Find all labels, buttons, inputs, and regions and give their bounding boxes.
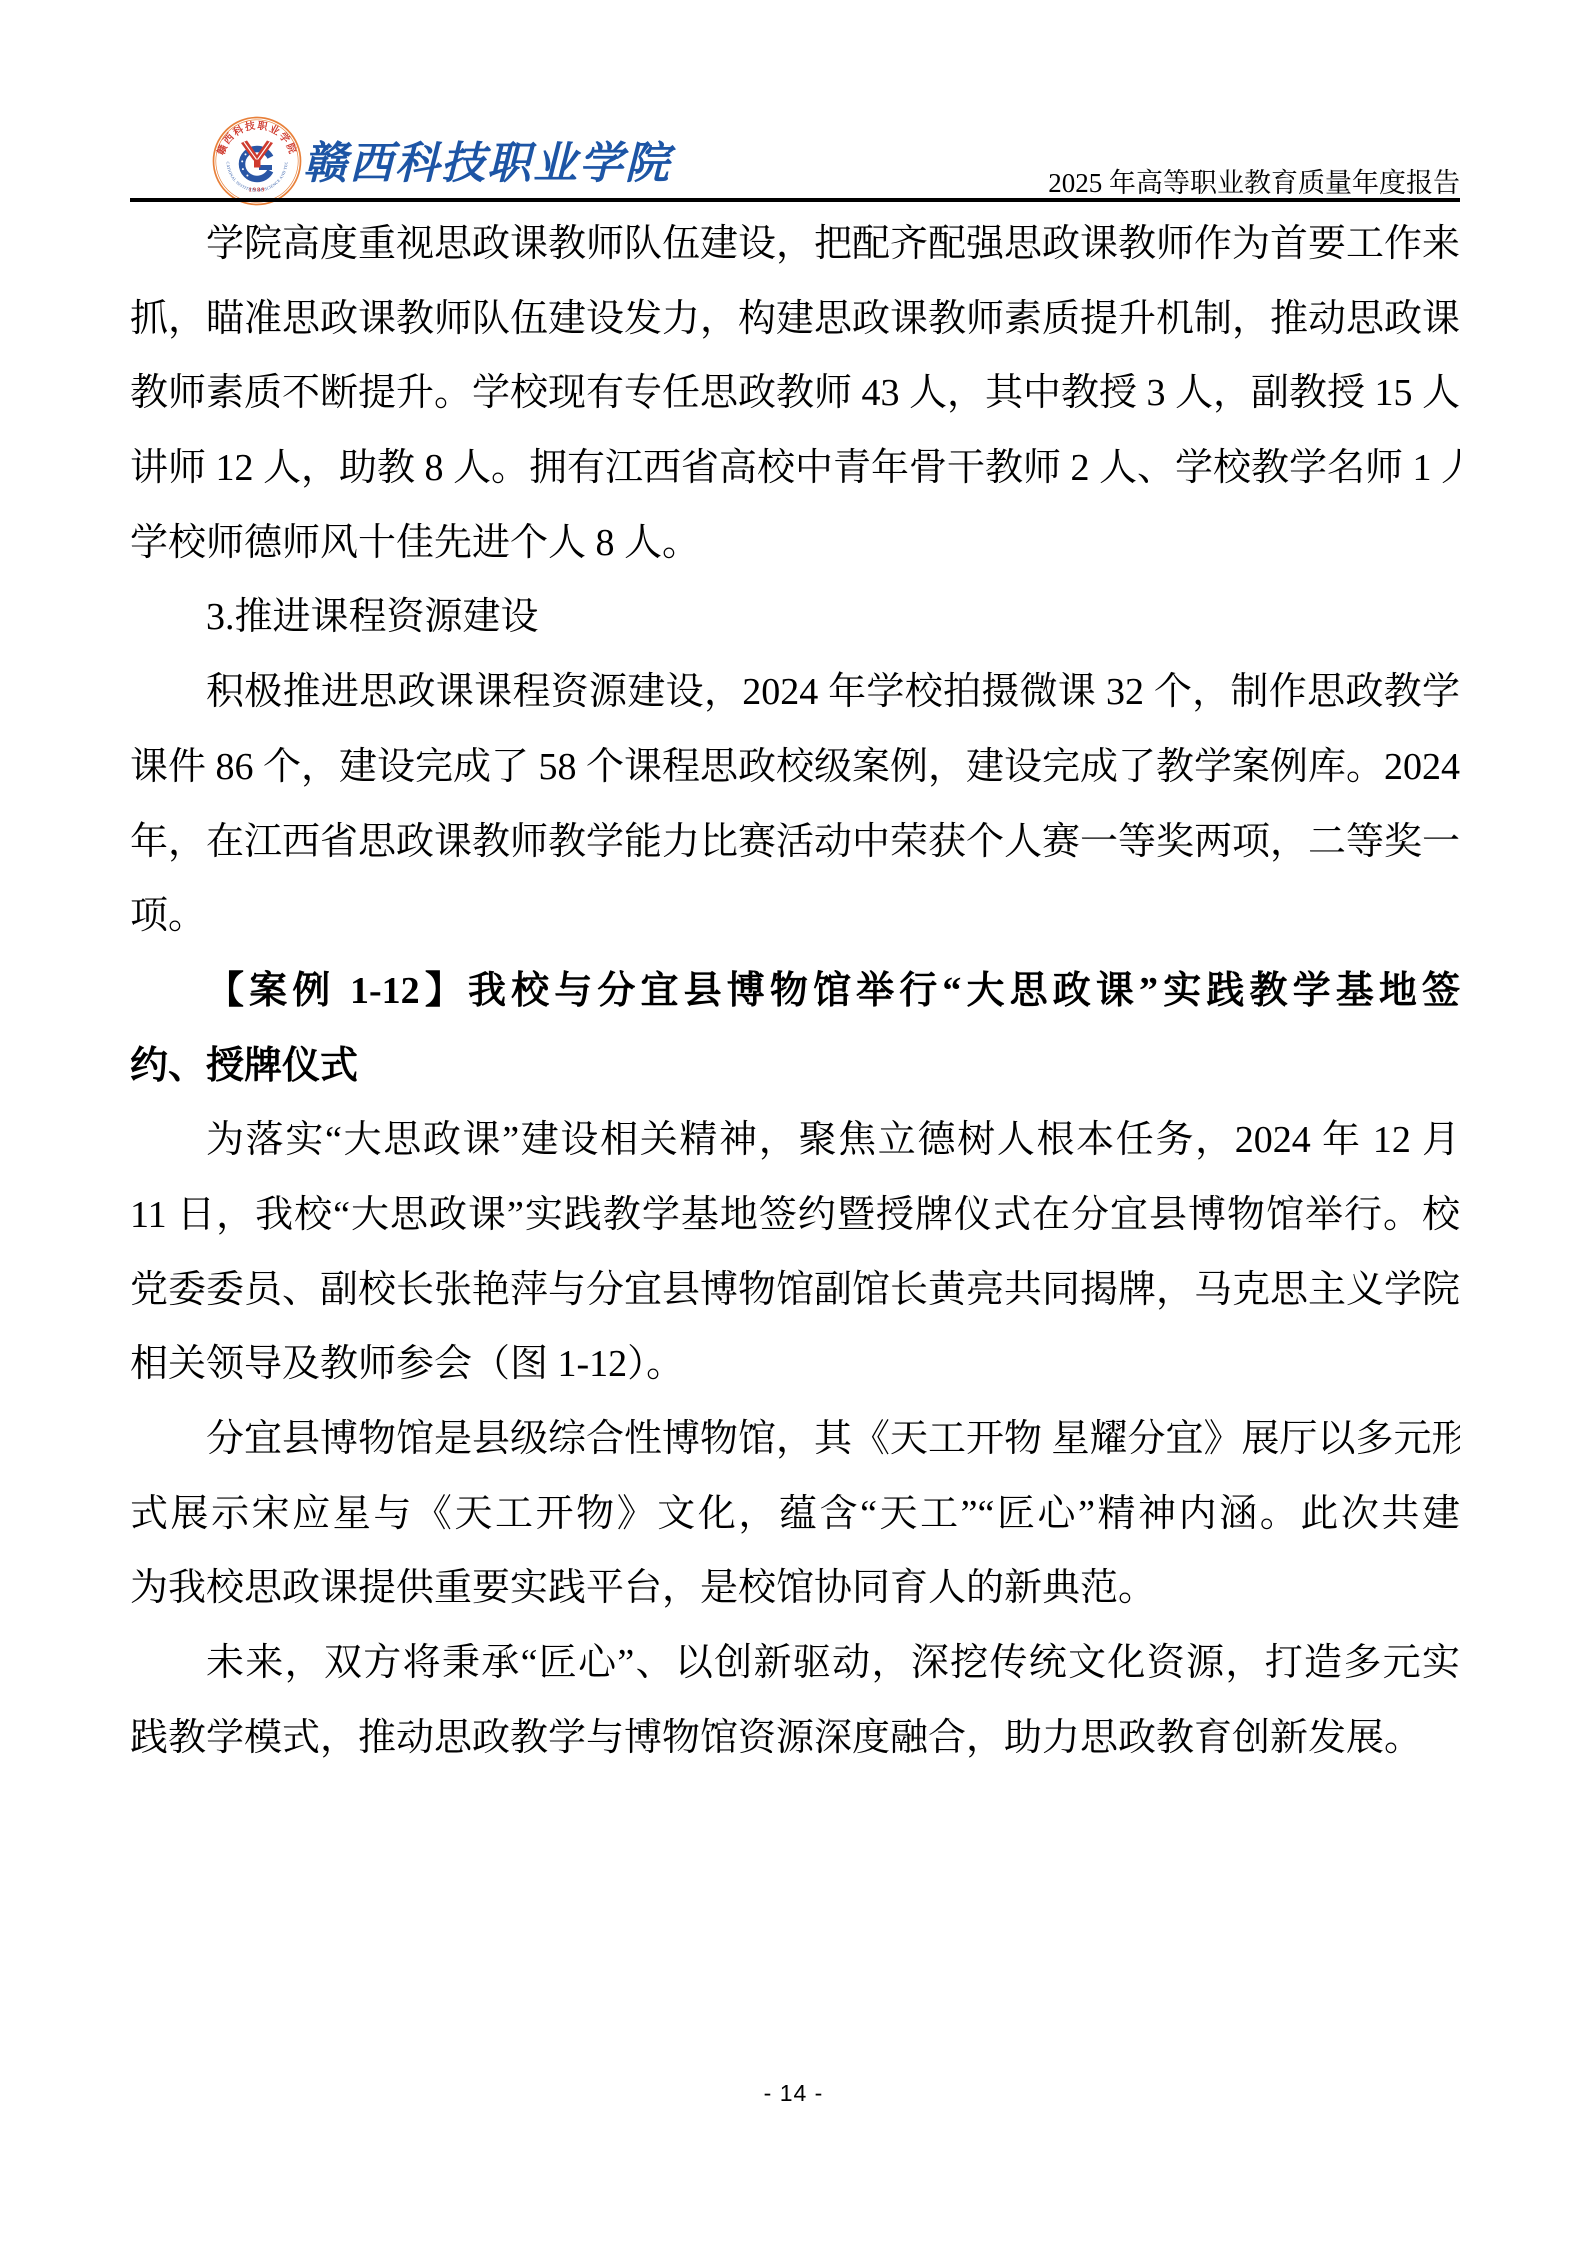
case-heading: 【案例 1-12】我校与分宜县博物馆举行“大思政课”实践教学基地签 约、授牌仪式: [130, 954, 1460, 1103]
text-line: 积极推进思政课课程资源建设，2024 年学校拍摄微课 32 个，制作思政教学: [130, 655, 1460, 730]
section-heading: 3.推进课程资源建设: [130, 580, 1460, 655]
report-title: 2025 年高等职业教育质量年度报告: [1048, 161, 1460, 200]
text-line: 相关领导及教师参会（图 1-12）。: [130, 1327, 1460, 1402]
text-line: 为落实“大思政课”建设相关精神，聚焦立德树人根本任务，2024 年 12 月: [130, 1103, 1460, 1178]
header-divider: [130, 198, 1460, 202]
paragraph: 分宜县博物馆是县级综合性博物馆，其《天工开物 星耀分宜》展厅以多元形 式展示宋应…: [130, 1402, 1460, 1626]
text-line: 为我校思政课提供重要实践平台，是校馆协同育人的新典范。: [130, 1551, 1460, 1626]
paragraph: 学院高度重视思政课教师队伍建设，把配齐配强思政课教师作为首要工作来 抓，瞄准思政…: [130, 207, 1460, 580]
document-body: 学院高度重视思政课教师队伍建设，把配齐配强思政课教师作为首要工作来 抓，瞄准思政…: [130, 207, 1460, 1775]
paragraph: 为落实“大思政课”建设相关精神，聚焦立德树人根本任务，2024 年 12 月 1…: [130, 1103, 1460, 1402]
logo-emblem: [241, 141, 273, 180]
text-line: 分宜县博物馆是县级综合性博物馆，其《天工开物 星耀分宜》展厅以多元形: [130, 1402, 1460, 1477]
school-name: 赣西科技职业学院: [303, 127, 671, 191]
text-line: 课件 86 个，建设完成了 58 个课程思政校级案例，建设完成了教学案例库。20…: [130, 730, 1460, 805]
text-line: 党委委员、副校长张艳萍与分宜县博物馆副馆长黄亮共同揭牌，马克思主义学院: [130, 1253, 1460, 1328]
text-line: 践教学模式，推动思政教学与博物馆资源深度融合，助力思政教育创新发展。: [130, 1701, 1460, 1776]
text-line: 项。: [130, 879, 1460, 954]
text-line: 教师素质不断提升。学校现有专任思政教师 43 人，其中教授 3 人，副教授 15…: [130, 356, 1460, 431]
text-line: 式展示宋应星与《天工开物》文化，蕴含“天工”“匠心”精神内涵。此次共建: [130, 1477, 1460, 1552]
text-line: 学院高度重视思政课教师队伍建设，把配齐配强思政课教师作为首要工作来: [130, 207, 1460, 282]
text-line: 抓，瞄准思政课教师队伍建设发力，构建思政课教师素质提升机制，推动思政课: [130, 282, 1460, 357]
page-number: - 14 -: [0, 2080, 1587, 2107]
paragraph: 未来，双方将秉承“匠心”、以创新驱动，深挖传统文化资源，打造多元实 践教学模式，…: [130, 1626, 1460, 1775]
document-page: 赣西科技职业学院: [0, 0, 1587, 2245]
text-line: 年，在江西省思政课教师教学能力比赛活动中荣获个人赛一等奖两项，二等奖一: [130, 805, 1460, 880]
text-line: 约、授牌仪式: [130, 1029, 1460, 1104]
text-line: 学校师德师风十佳先进个人 8 人。: [130, 506, 1460, 581]
text-line: 未来，双方将秉承“匠心”、以创新驱动，深挖传统文化资源，打造多元实: [130, 1626, 1460, 1701]
text-line: 讲师 12 人，助教 8 人。拥有江西省高校中青年骨干教师 2 人、学校教学名师…: [130, 431, 1460, 506]
school-logo-icon: 赣西科技职业学院: [212, 116, 302, 206]
paragraph: 3.推进课程资源建设: [130, 580, 1460, 655]
paragraph: 积极推进思政课课程资源建设，2024 年学校拍摄微课 32 个，制作思政教学 课…: [130, 655, 1460, 954]
text-line: 【案例 1-12】我校与分宜县博物馆举行“大思政课”实践教学基地签: [130, 954, 1460, 1029]
text-line: 11 日，我校“大思政课”实践教学基地签约暨授牌仪式在分宜县博物馆举行。校: [130, 1178, 1460, 1253]
